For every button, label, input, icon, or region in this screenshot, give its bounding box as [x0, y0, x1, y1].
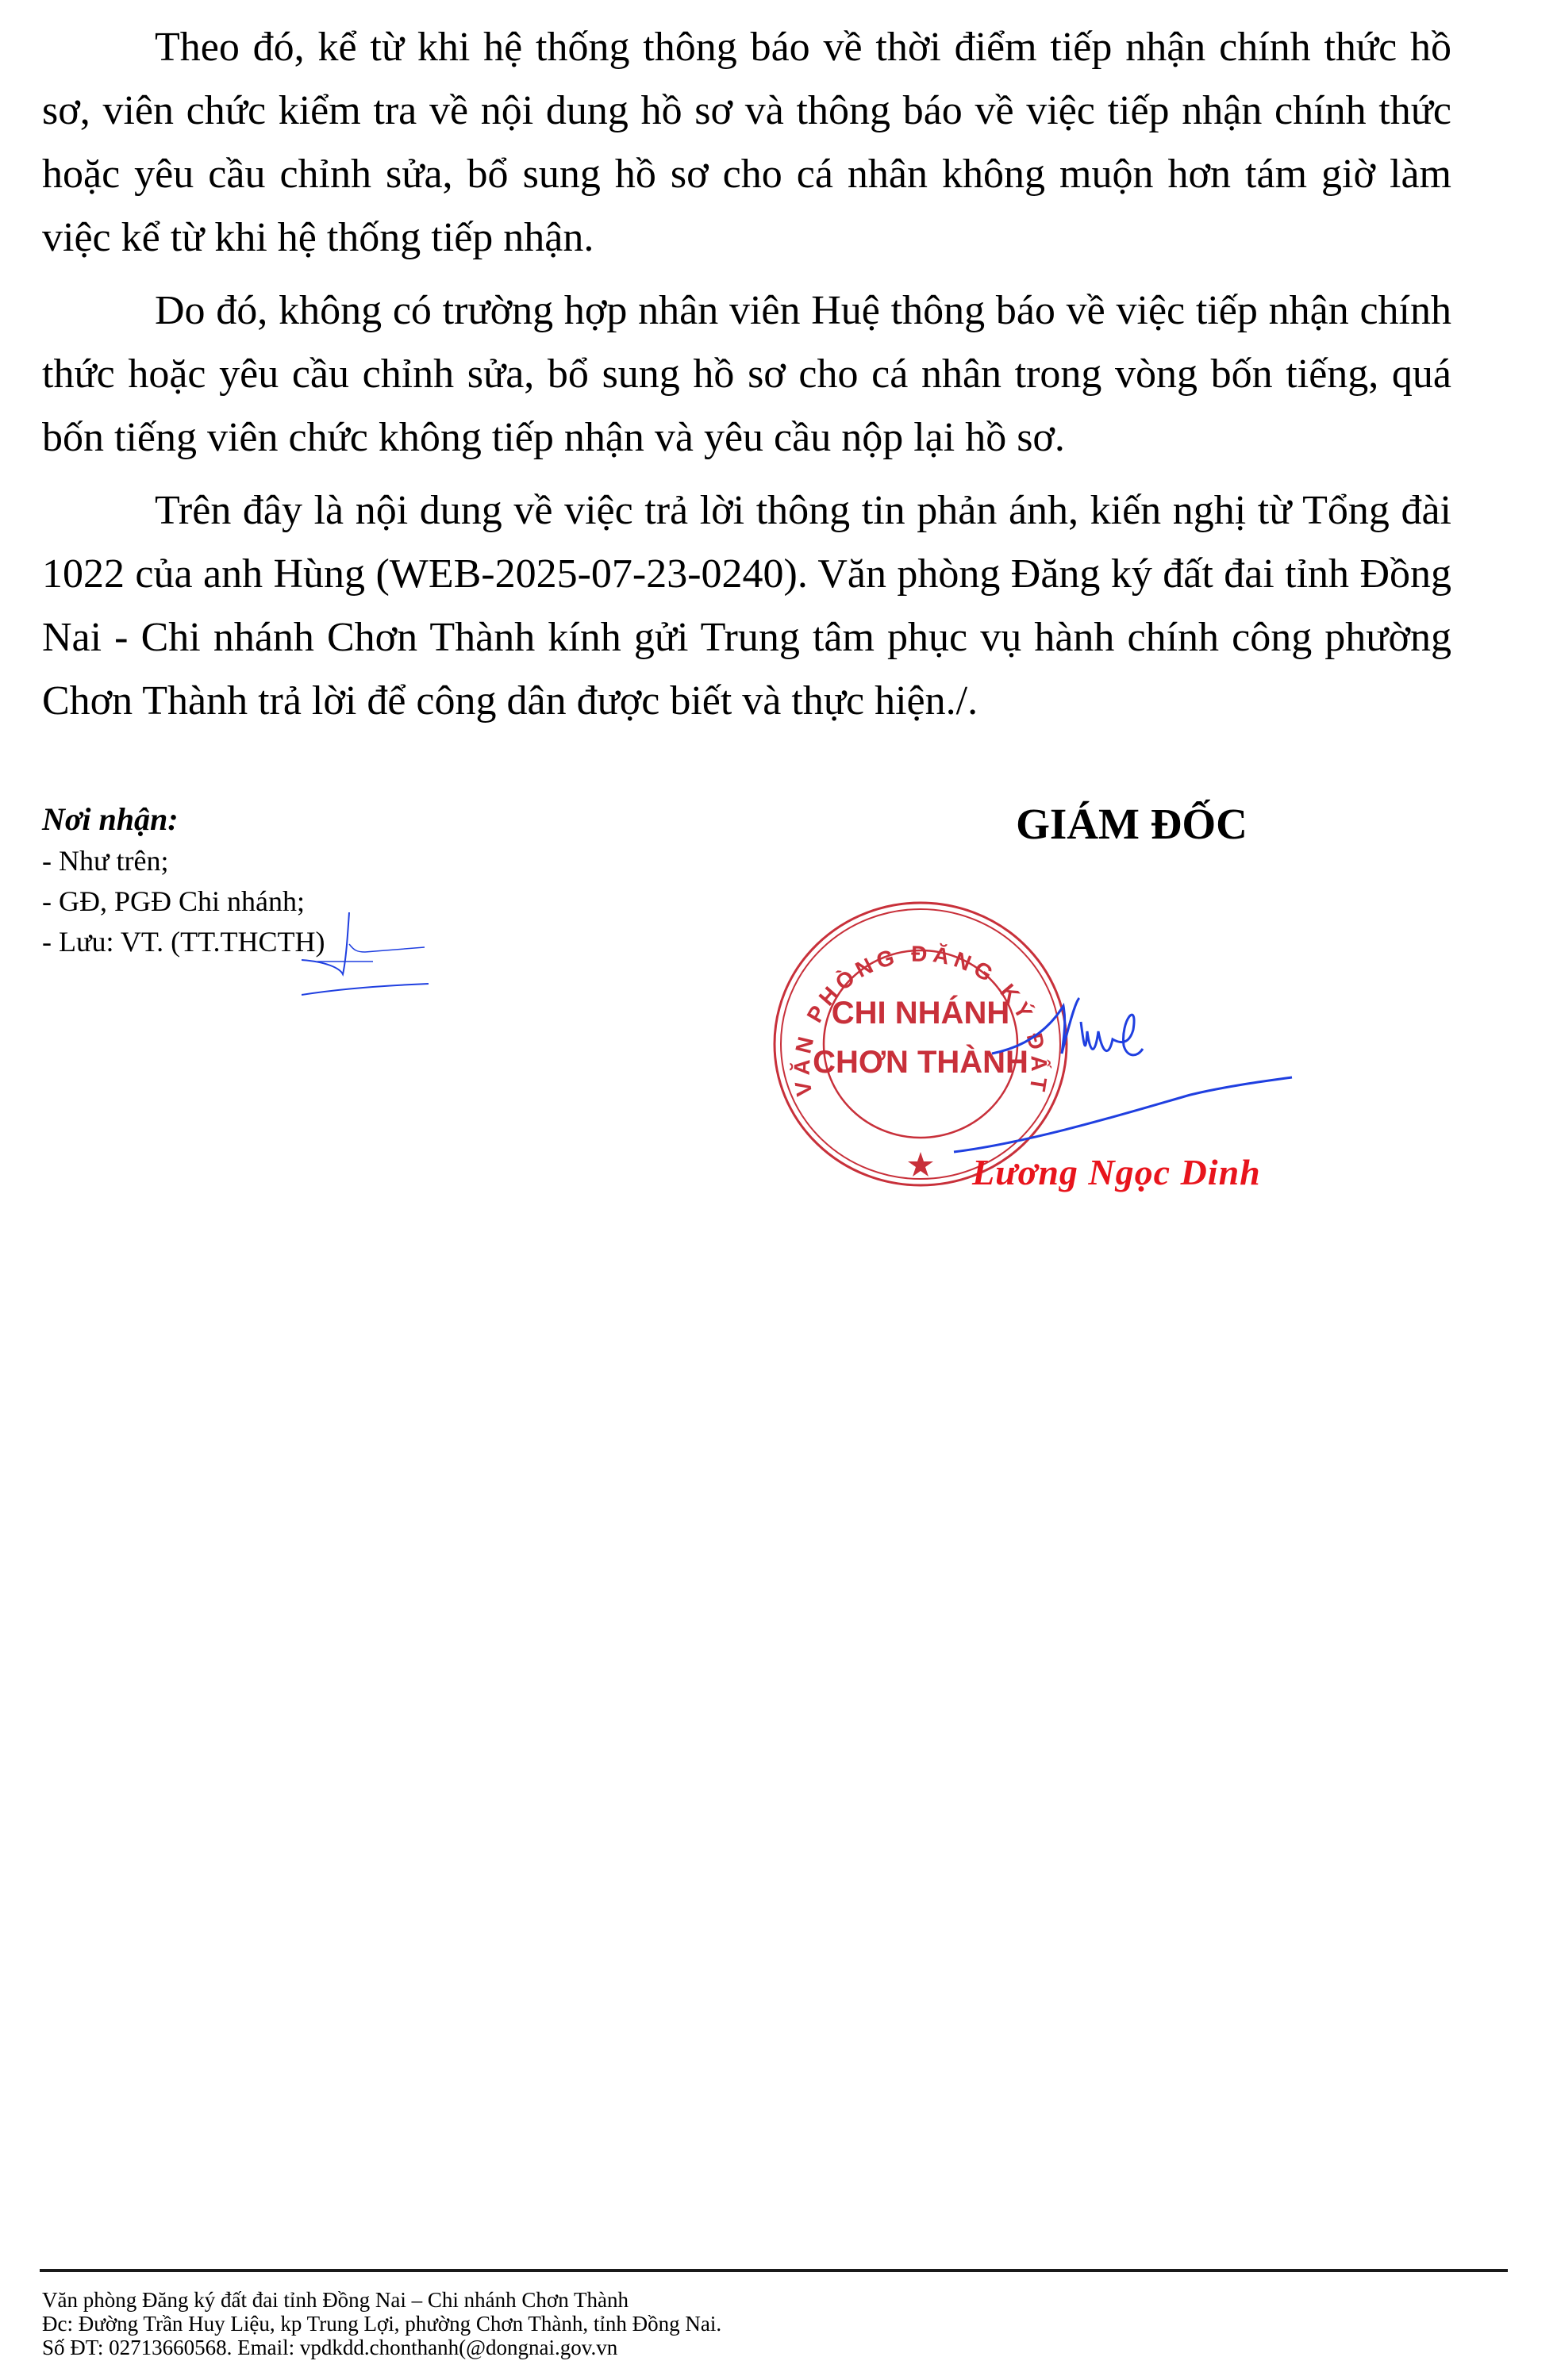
footer-address: Đc: Đường Trần Huy Liệu, kp Trung Lợi, p… [42, 2312, 721, 2336]
paragraph-closing: Trên đây là nội dung về việc trả lời thô… [42, 479, 1451, 733]
star-icon [908, 1152, 933, 1177]
initials-mark-icon [302, 912, 436, 1000]
footer-phone-email: Số ĐT: 02713660568. Email: vpdkdd.chonth… [42, 2336, 721, 2359]
recipients-block: Nơi nhận: - Như trên; - GĐ, PGĐ Chi nhán… [42, 798, 518, 962]
paragraph-receipt-deadline: Theo đó, kể từ khi hệ thống thông báo về… [42, 16, 1451, 270]
footer-contact: Văn phòng Đăng ký đất đai tỉnh Đồng Nai … [42, 2288, 721, 2359]
handwritten-signature-icon [936, 984, 1309, 1166]
signer-name: Lương Ngọc Dinh [972, 1149, 1261, 1196]
footer-office-name: Văn phòng Đăng ký đất đai tỉnh Đồng Nai … [42, 2288, 721, 2312]
letter-body: Theo đó, kể từ khi hệ thống thông báo về… [42, 16, 1451, 743]
paragraph-conclusion: Do đó, không có trường hợp nhân viên Huệ… [42, 279, 1451, 470]
recipient-item: - Lưu: VT. (TT.THCTH) [42, 922, 518, 962]
footer-divider [40, 2269, 1508, 2272]
recipient-item: - GĐ, PGĐ Chi nhánh; [42, 881, 518, 922]
recipients-title: Nơi nhận: [42, 798, 518, 841]
signer-title: GIÁM ĐỐC [952, 797, 1311, 852]
recipient-item: - Như trên; [42, 841, 518, 881]
